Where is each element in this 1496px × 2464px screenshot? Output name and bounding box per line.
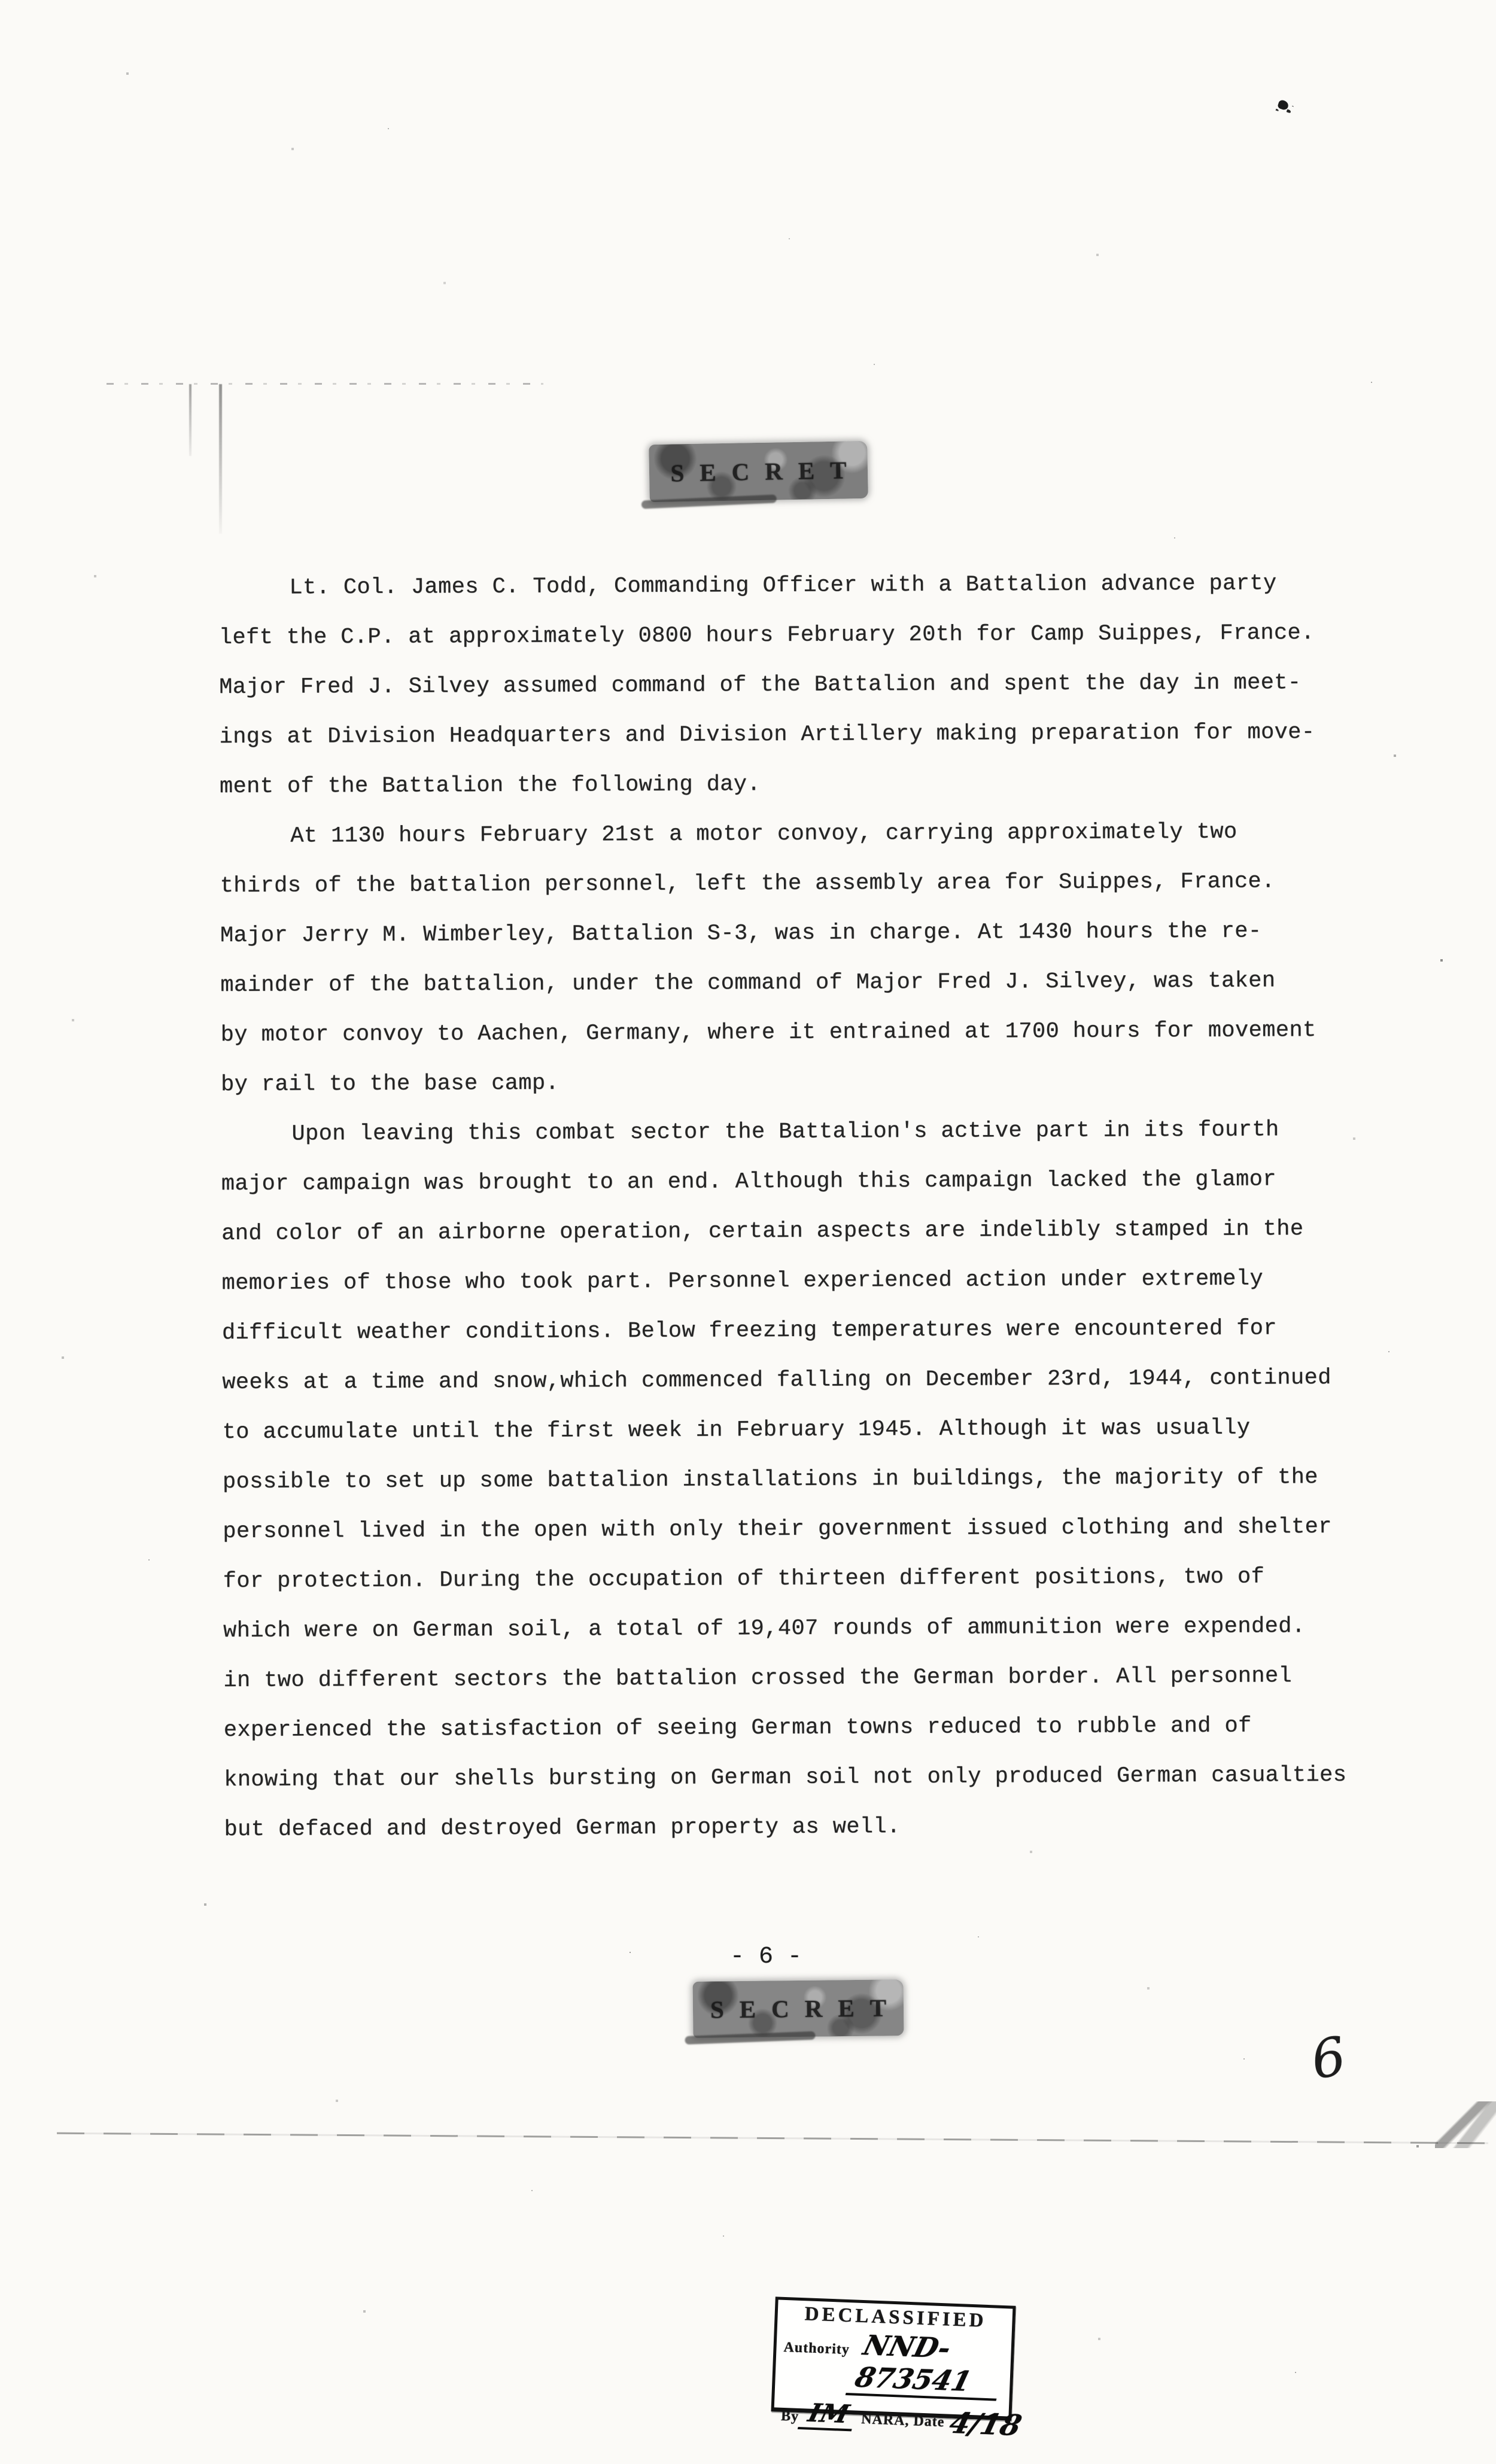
- document-body: Lt. Col. James C. Todd, Commanding Offic…: [218, 559, 1361, 1855]
- document-line: Upon leaving this combat sector the Batt…: [221, 1105, 1358, 1160]
- nara-date-label: NARA, Date: [861, 2411, 945, 2430]
- document-line: difficult weather conditions. Below free…: [222, 1304, 1359, 1358]
- paper-bottom-edge: [57, 2133, 1488, 2144]
- document-line: by motor convoy to Aachen, Germany, wher…: [221, 1006, 1358, 1060]
- fold-crease-line: [107, 383, 543, 385]
- page-number: - 6 -: [682, 1943, 850, 1970]
- document-line: mainder of the battalion, under the comm…: [220, 956, 1357, 1011]
- declassification-stamp: DECLASSIFIED Authority NND-873541 By IM …: [771, 2296, 1015, 2420]
- document-line: left the C.P. at approximately 0800 hour…: [219, 609, 1356, 663]
- scanned-document-page: SECRET Lt. Col. James C. Todd, Commandin…: [0, 0, 1496, 2464]
- document-line: ment of the Battalion the following day.: [220, 758, 1357, 812]
- authority-number-handwritten: NND-873541: [846, 2329, 1013, 2401]
- authority-label: Authority: [783, 2340, 850, 2358]
- date-handwritten: 4/18: [946, 2407, 1025, 2442]
- document-line: experienced the satisfaction of seeing G…: [224, 1701, 1361, 1756]
- by-label: By: [781, 2408, 799, 2425]
- document-line: At 1130 hours February 21st a motor conv…: [220, 807, 1357, 862]
- document-line: which were on German soil, a total of 19…: [223, 1602, 1360, 1656]
- initials-handwritten: IM: [798, 2398, 859, 2431]
- secret-stamp-bottom: SECRET: [693, 1979, 904, 2038]
- document-line: possible to set up some battalion instal…: [223, 1453, 1360, 1507]
- document-line: major campaign was brought to an end. Al…: [221, 1155, 1358, 1209]
- document-line: memories of those who took part. Personn…: [221, 1254, 1358, 1309]
- ink-drip: [219, 384, 222, 534]
- paper-corner-streak: [1435, 2101, 1496, 2148]
- secret-stamp-bottom-text: SECRET: [695, 1993, 902, 2024]
- document-line: for protection. During the occupation of…: [223, 1552, 1360, 1607]
- document-line: to accumulate until the first week in Fe…: [222, 1403, 1359, 1458]
- document-line: ings at Division Headquarters and Divisi…: [219, 708, 1356, 762]
- handwritten-page-number: 6: [1306, 2025, 1350, 2091]
- document-line: and color of an airborne operation, cert…: [221, 1204, 1358, 1259]
- document-line: Major Fred J. Silvey assumed command of …: [219, 658, 1356, 713]
- document-line: knowing that our shells bursting on Germ…: [224, 1751, 1361, 1805]
- ink-drip: [189, 384, 191, 456]
- document-line: Lt. Col. James C. Todd, Commanding Offic…: [218, 559, 1355, 613]
- secret-stamp-top: SECRET: [649, 441, 868, 502]
- scan-speckles: [0, 0, 1, 1]
- document-line: but defaced and destroyed German propert…: [224, 1800, 1361, 1855]
- document-line: Major Jerry M. Wimberley, Battalion S-3,…: [220, 906, 1357, 961]
- ink-blot: [1277, 99, 1290, 111]
- document-line: by rail to the base camp.: [221, 1055, 1358, 1110]
- document-line: thirds of the battalion personnel, left …: [220, 857, 1357, 911]
- document-line: personnel lived in the open with only th…: [223, 1502, 1360, 1557]
- document-line: in two different sectors the battalion c…: [223, 1651, 1360, 1706]
- document-line: weeks at a time and snow,which commenced…: [222, 1353, 1359, 1408]
- secret-stamp-top-text: SECRET: [655, 455, 862, 488]
